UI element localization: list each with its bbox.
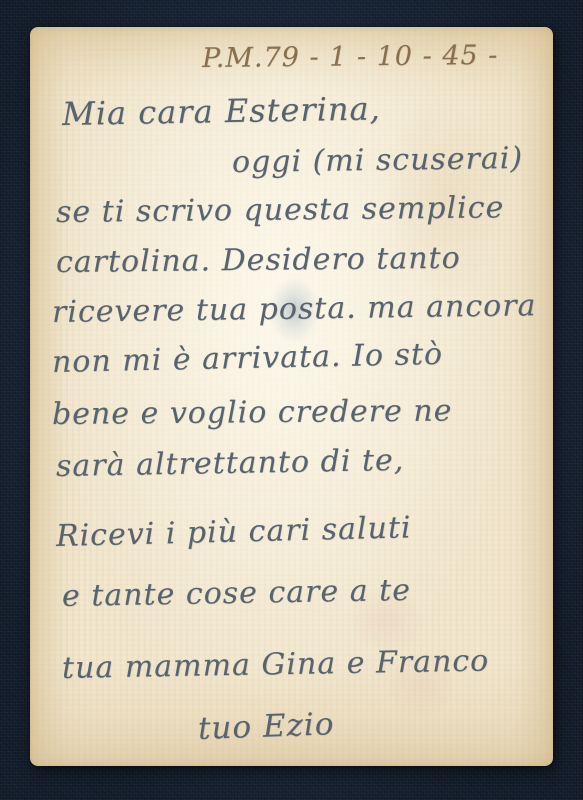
handwritten-line: bene e voglio credere ne — [52, 394, 453, 432]
handwritten-line: e tante cose care a te — [62, 573, 412, 614]
handwritten-line: sarà altrettanto di te, — [56, 443, 405, 484]
handwritten-line: oggi (mi scuserai) — [232, 141, 524, 180]
closing-line: tua mamma Gina e Franco — [62, 644, 490, 686]
handwritten-line: ricevere tua posta. ma ancora — [52, 288, 537, 330]
dateline: P.M.79 - 1 - 10 - 45 - — [202, 40, 499, 74]
photo-background: { "photo": { "background_color": "#1c2a3… — [0, 0, 583, 800]
signature-line: tuo Ezio — [197, 706, 335, 747]
handwritten-line: Ricevi i più cari saluti — [56, 510, 412, 554]
postcard: P.M.79 - 1 - 10 - 45 - Mia cara Esterina… — [30, 27, 553, 766]
salutation-line: Mia cara Esterina, — [62, 89, 381, 133]
handwritten-line: non mi è arrivata. Io stò — [52, 337, 444, 380]
handwritten-line: se ti scrivo questa semplice — [56, 190, 505, 230]
handwritten-line: cartolina. Desidero tanto — [56, 241, 461, 280]
